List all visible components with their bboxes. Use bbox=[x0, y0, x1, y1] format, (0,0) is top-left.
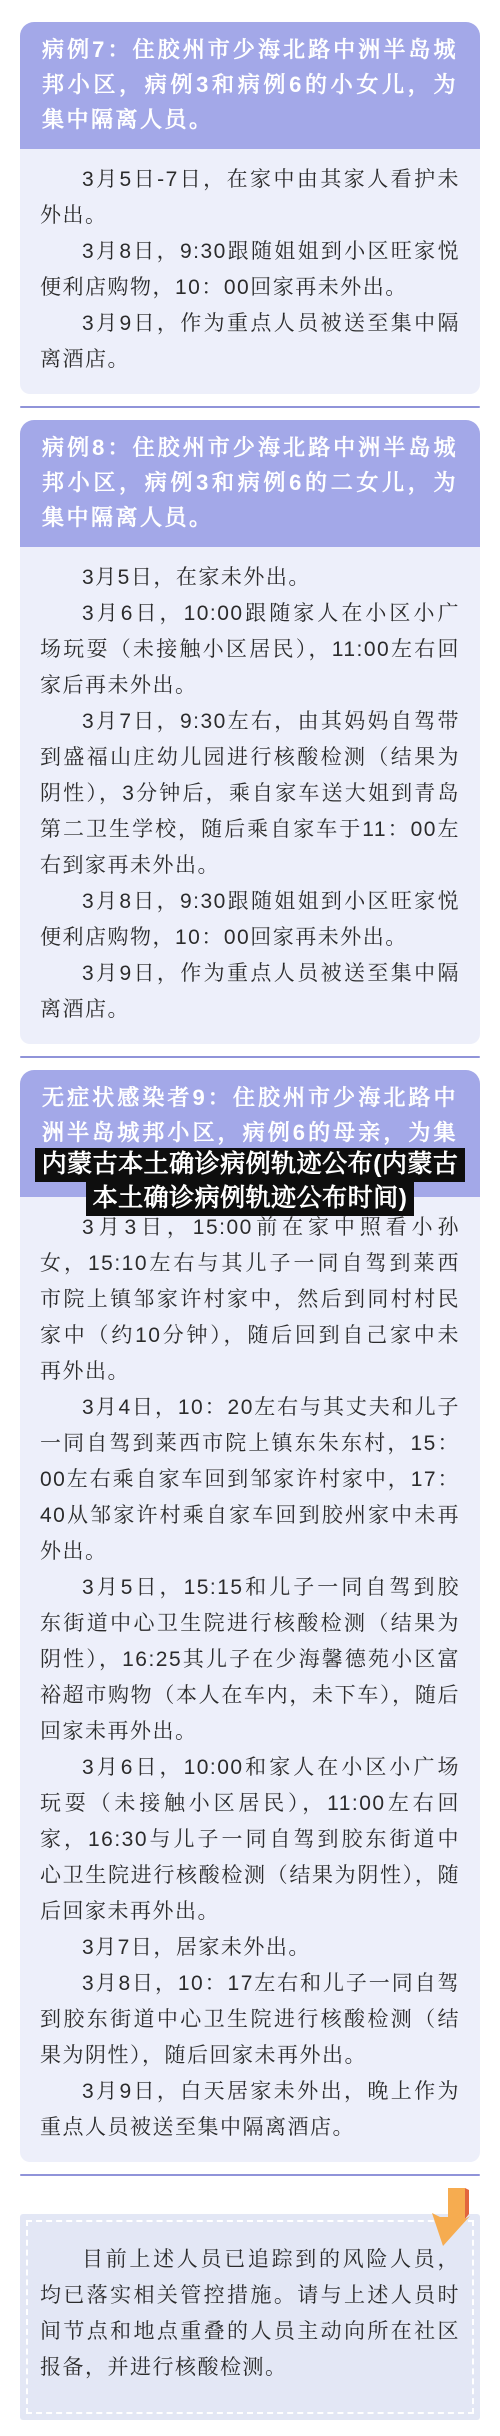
asymptomatic-9-paragraph: 3月3日，15:00前在家中照看小孙女，15:10左右与其儿子一同自驾到莱西市院… bbox=[40, 1210, 460, 1390]
asymptomatic-9-paragraph: 3月6日，10:00和家人在小区小广场玩耍（未接触小区居民），11:00左右回家… bbox=[40, 1750, 460, 1930]
case-8-paragraph: 3月6日，10:00跟随家人在小区小广场玩耍（未接触小区居民），11:00左右回… bbox=[40, 596, 460, 704]
notice-box: 目前上述人员已追踪到的风险人员，均已落实相关管控措施。请与上述人员时间节点和地点… bbox=[20, 2214, 480, 2420]
asymptomatic-9-paragraph: 3月9日，白天居家未外出，晚上作为重点人员被送至集中隔离酒店。 bbox=[40, 2074, 460, 2146]
case-7-paragraph: 3月8日，9:30跟随姐姐到小区旺家悦便利店购物，10：00回家再未外出。 bbox=[40, 234, 460, 306]
case-card-7: 病例7：住胶州市少海北路中洲半岛城邦小区，病例3和病例6的小女儿，为集中隔离人员… bbox=[20, 22, 480, 394]
case-8-paragraph: 3月5日，在家未外出。 bbox=[40, 560, 460, 596]
case-7-title: 病例7：住胶州市少海北路中洲半岛城邦小区，病例3和病例6的小女儿，为集中隔离人员… bbox=[20, 22, 480, 149]
article-page: 病例7：住胶州市少海北路中洲半岛城邦小区，病例3和病例6的小女儿，为集中隔离人员… bbox=[0, 0, 500, 2436]
overlay-caption-line-1: 内蒙古本土确诊病例轨迹公布(内蒙古 bbox=[35, 1148, 466, 1182]
case-8-paragraph: 3月8日，9:30跟随姐姐到小区旺家悦便利店购物，10：00回家再未外出。 bbox=[40, 884, 460, 956]
case-7-paragraph: 3月5日-7日，在家中由其家人看护未外出。 bbox=[40, 162, 460, 234]
case-8-title: 病例8：住胶州市少海北路中洲半岛城邦小区，病例3和病例6的二女儿，为集中隔离人员… bbox=[20, 420, 480, 547]
asymptomatic-9-body: 3月3日，15:00前在家中照看小孙女，15:10左右与其儿子一同自驾到莱西市院… bbox=[20, 1197, 480, 2162]
case-8-body: 3月5日，在家未外出。 3月6日，10:00跟随家人在小区小广场玩耍（未接触小区… bbox=[20, 547, 480, 1044]
asymptomatic-case-9-section: 无症状感染者9：住胶州市少海北路中洲半岛城邦小区，病例6的母亲，为集中隔离人员。… bbox=[20, 1070, 480, 2162]
overlay-caption-title: 内蒙古本土确诊病例轨迹公布(内蒙古 本土确诊病例轨迹公布时间) bbox=[0, 1148, 500, 1216]
asymptomatic-9-paragraph: 3月7日，居家未外出。 bbox=[40, 1930, 460, 1966]
case-card-asymptomatic-9: 无症状感染者9：住胶州市少海北路中洲半岛城邦小区，病例6的母亲，为集中隔离人员。… bbox=[20, 1070, 480, 2162]
notice-box-inner: 目前上述人员已追踪到的风险人员，均已落实相关管控措施。请与上述人员时间节点和地点… bbox=[26, 2220, 474, 2414]
notice-section: 目前上述人员已追踪到的风险人员，均已落实相关管控措施。请与上述人员时间节点和地点… bbox=[20, 2214, 480, 2420]
notice-text: 目前上述人员已追踪到的风险人员，均已落实相关管控措施。请与上述人员时间节点和地点… bbox=[40, 2242, 460, 2386]
case-8-paragraph: 3月9日，作为重点人员被送至集中隔离酒店。 bbox=[40, 956, 460, 1028]
case-8-paragraph: 3月7日，9:30左右，由其妈妈自驾带到盛福山庄幼儿园进行核酸检测（结果为阴性）… bbox=[40, 704, 460, 884]
asymptomatic-9-paragraph: 3月5日，15:15和儿子一同自驾到胶东街道中心卫生院进行核酸检测（结果为阴性）… bbox=[40, 1570, 460, 1750]
section-divider bbox=[20, 2174, 480, 2176]
section-divider bbox=[20, 406, 480, 408]
section-divider bbox=[20, 1056, 480, 1058]
case-card-8: 病例8：住胶州市少海北路中洲半岛城邦小区，病例3和病例6的二女儿，为集中隔离人员… bbox=[20, 420, 480, 1044]
overlay-caption-line-2: 本土确诊病例轨迹公布时间) bbox=[86, 1182, 415, 1216]
case-7-paragraph: 3月9日，作为重点人员被送至集中隔离酒店。 bbox=[40, 306, 460, 378]
asymptomatic-9-paragraph: 3月4日，10：20左右与其丈夫和儿子一同自驾到莱西市院上镇东朱东村，15：00… bbox=[40, 1390, 460, 1570]
asymptomatic-9-paragraph: 3月8日，10：17左右和儿子一同自驾到胶东街道中心卫生院进行核酸检测（结果为阴… bbox=[40, 1966, 460, 2074]
fold-arrow-down-left-icon bbox=[424, 2188, 470, 2250]
case-7-body: 3月5日-7日，在家中由其家人看护未外出。 3月8日，9:30跟随姐姐到小区旺家… bbox=[20, 149, 480, 394]
